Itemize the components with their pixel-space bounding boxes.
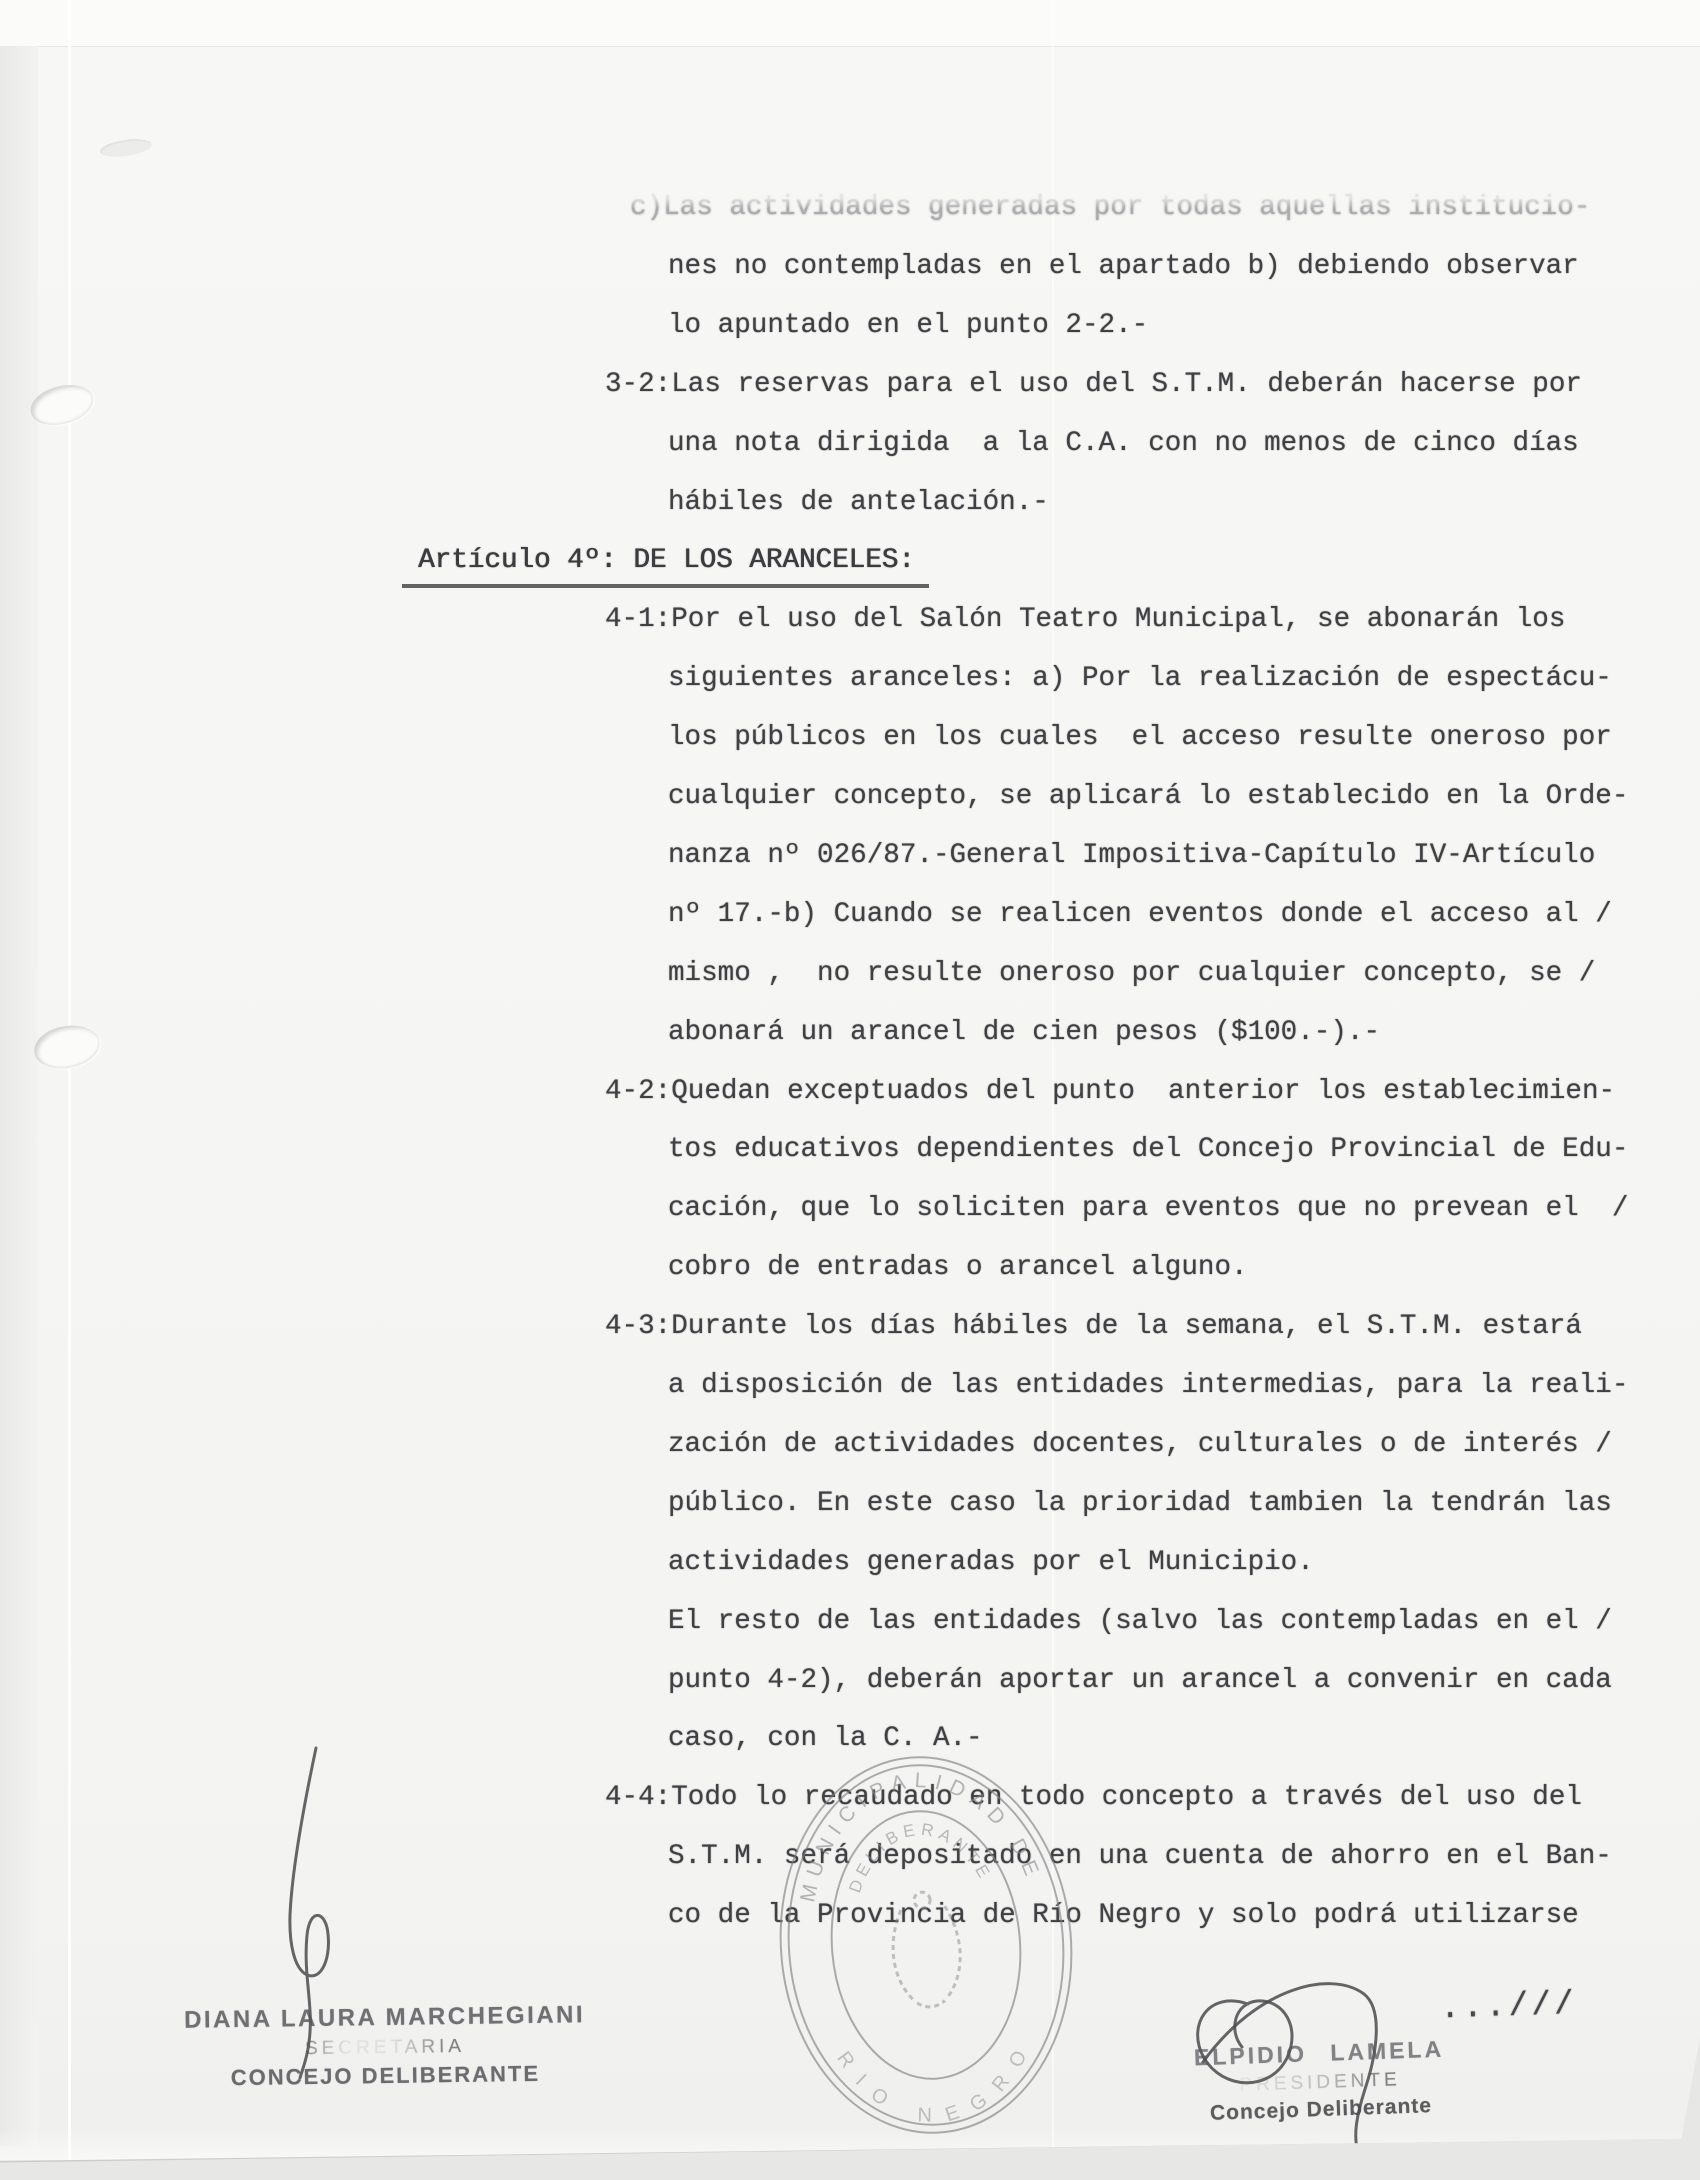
document-line: mismo , no resulte oneroso por cualquier…	[668, 957, 1595, 990]
line-text: abonará un arancel de cien pesos ($100.-…	[668, 1017, 1380, 1048]
line-text: hábiles de antelación.-	[668, 487, 1049, 518]
line-text: 4-1:Por el uso del Salón Teatro Municipa…	[605, 604, 1565, 635]
document-line: 4-3:Durante los días hábiles de la seman…	[605, 1310, 1582, 1343]
document-line: 3-2:Las reservas para el uso del S.T.M. …	[605, 368, 1582, 401]
secretary-stamp: DIANA LAURA MARCHEGIANI SECRETARIA CONCE…	[147, 2001, 622, 2093]
line-text: punto 4-2), deberán aportar un arancel a…	[668, 1665, 1612, 1696]
document-line: punto 4-2), deberán aportar un arancel a…	[668, 1664, 1612, 1697]
line-text: público. En este caso la prioridad tambi…	[668, 1488, 1612, 1519]
line-text: los públicos en los cuales el acceso res…	[668, 722, 1612, 753]
secretary-name: DIANA LAURA MARCHEGIANI	[147, 2001, 621, 2036]
line-text: Artículo 4º: DE LOS ARANCELES:	[402, 544, 929, 588]
document-line: 4-4:Todo lo recaudado en todo concepto a…	[605, 1781, 1582, 1814]
line-text: zación de actividades docentes, cultural…	[668, 1429, 1612, 1460]
document-line: 4-1:Por el uso del Salón Teatro Municipa…	[605, 603, 1565, 636]
document-line: a disposición de las entidades intermedi…	[668, 1369, 1628, 1402]
document-line: cobro de entradas o arancel alguno.	[668, 1251, 1248, 1284]
line-text: 4-4:Todo lo recaudado en todo concepto a…	[605, 1782, 1582, 1813]
document-line: hábiles de antelación.-	[668, 486, 1049, 519]
document-line: zación de actividades docentes, cultural…	[668, 1428, 1612, 1461]
document-line: una nota dirigida a la C.A. con no menos…	[668, 427, 1579, 460]
seal-outer-ring	[765, 1745, 1087, 2145]
line-text: 3-2:Las reservas para el uso del S.T.M. …	[605, 369, 1582, 400]
line-text: nes no contempladas en el apartado b) de…	[668, 251, 1579, 282]
document-line: público. En este caso la prioridad tambi…	[668, 1487, 1612, 1520]
scanned-paper: c)Las actividades generadas por todas aq…	[0, 0, 1700, 2180]
document-line: siguientes aranceles: a) Por la realizac…	[668, 662, 1612, 695]
line-text: a disposición de las entidades intermedi…	[668, 1370, 1628, 1401]
document-line: c)Las actividades generadas por todas aq…	[630, 191, 1590, 224]
line-text: 4-2:Quedan exceptuados del punto anterio…	[605, 1076, 1615, 1107]
secretary-title: SECRETARIA	[148, 2034, 622, 2063]
document-line: los públicos en los cuales el acceso res…	[668, 721, 1612, 754]
line-text: lo apuntado en el punto 2-2.-	[668, 310, 1148, 341]
municipal-seal-stamp: MUNICIPALIDAD DE DELIBERANTE RIO NEGRO	[759, 1736, 1092, 2155]
document-line: lo apuntado en el punto 2-2.-	[668, 309, 1148, 342]
document-line: cualquier concepto, se aplicará lo estab…	[668, 780, 1628, 813]
document-line: El resto de las entidades (salvo las con…	[668, 1605, 1612, 1638]
document-line: Artículo 4º: DE LOS ARANCELES:	[402, 544, 929, 588]
line-text: cualquier concepto, se aplicará lo estab…	[668, 781, 1628, 812]
line-text: tos educativos dependientes del Concejo …	[668, 1134, 1628, 1165]
continuation-mark: ...///	[1439, 1986, 1577, 2028]
document-line: abonará un arancel de cien pesos ($100.-…	[668, 1016, 1380, 1049]
line-text: nanza nº 026/87.-General Impositiva-Capí…	[668, 840, 1595, 871]
president-stamp: ELPIDIO LAMELA PRESIDENTE Concejo Delibe…	[1119, 2033, 1522, 2129]
seal-arc-inner-text: DELIBERANTE	[840, 1813, 997, 1896]
document-line: 4-2:Quedan exceptuados del punto anterio…	[605, 1075, 1615, 1108]
seal-laurel-wreath-icon	[888, 1889, 964, 2009]
line-text: mismo , no resulte oneroso por cualquier…	[668, 958, 1595, 989]
line-text: cación, que lo soliciten para eventos qu…	[668, 1193, 1628, 1224]
seal-arc-bottom-text: RIO NEGRO	[831, 2031, 1045, 2136]
line-text: una nota dirigida a la C.A. con no menos…	[668, 428, 1579, 459]
line-text: El resto de las entidades (salvo las con…	[668, 1606, 1612, 1637]
line-text: 4-3:Durante los días hábiles de la seman…	[605, 1311, 1582, 1342]
document-line: actividades generadas por el Municipio.	[668, 1546, 1314, 1579]
document-line: nes no contempladas en el apartado b) de…	[668, 250, 1579, 283]
document-line: nanza nº 026/87.-General Impositiva-Capí…	[668, 839, 1595, 872]
document-line: nº 17.-b) Cuando se realicen eventos don…	[668, 898, 1612, 931]
line-text: siguientes aranceles: a) Por la realizac…	[668, 663, 1612, 694]
line-text: actividades generadas por el Municipio.	[668, 1547, 1314, 1578]
document-line: cación, que lo soliciten para eventos qu…	[668, 1192, 1628, 1225]
line-text: cobro de entradas o arancel alguno.	[668, 1252, 1248, 1283]
seal-inner-ring	[821, 1803, 1032, 2086]
line-text: nº 17.-b) Cuando se realicen eventos don…	[668, 899, 1612, 930]
document-line: tos educativos dependientes del Concejo …	[668, 1133, 1628, 1166]
line-text: c)Las actividades generadas por todas aq…	[630, 192, 1590, 223]
